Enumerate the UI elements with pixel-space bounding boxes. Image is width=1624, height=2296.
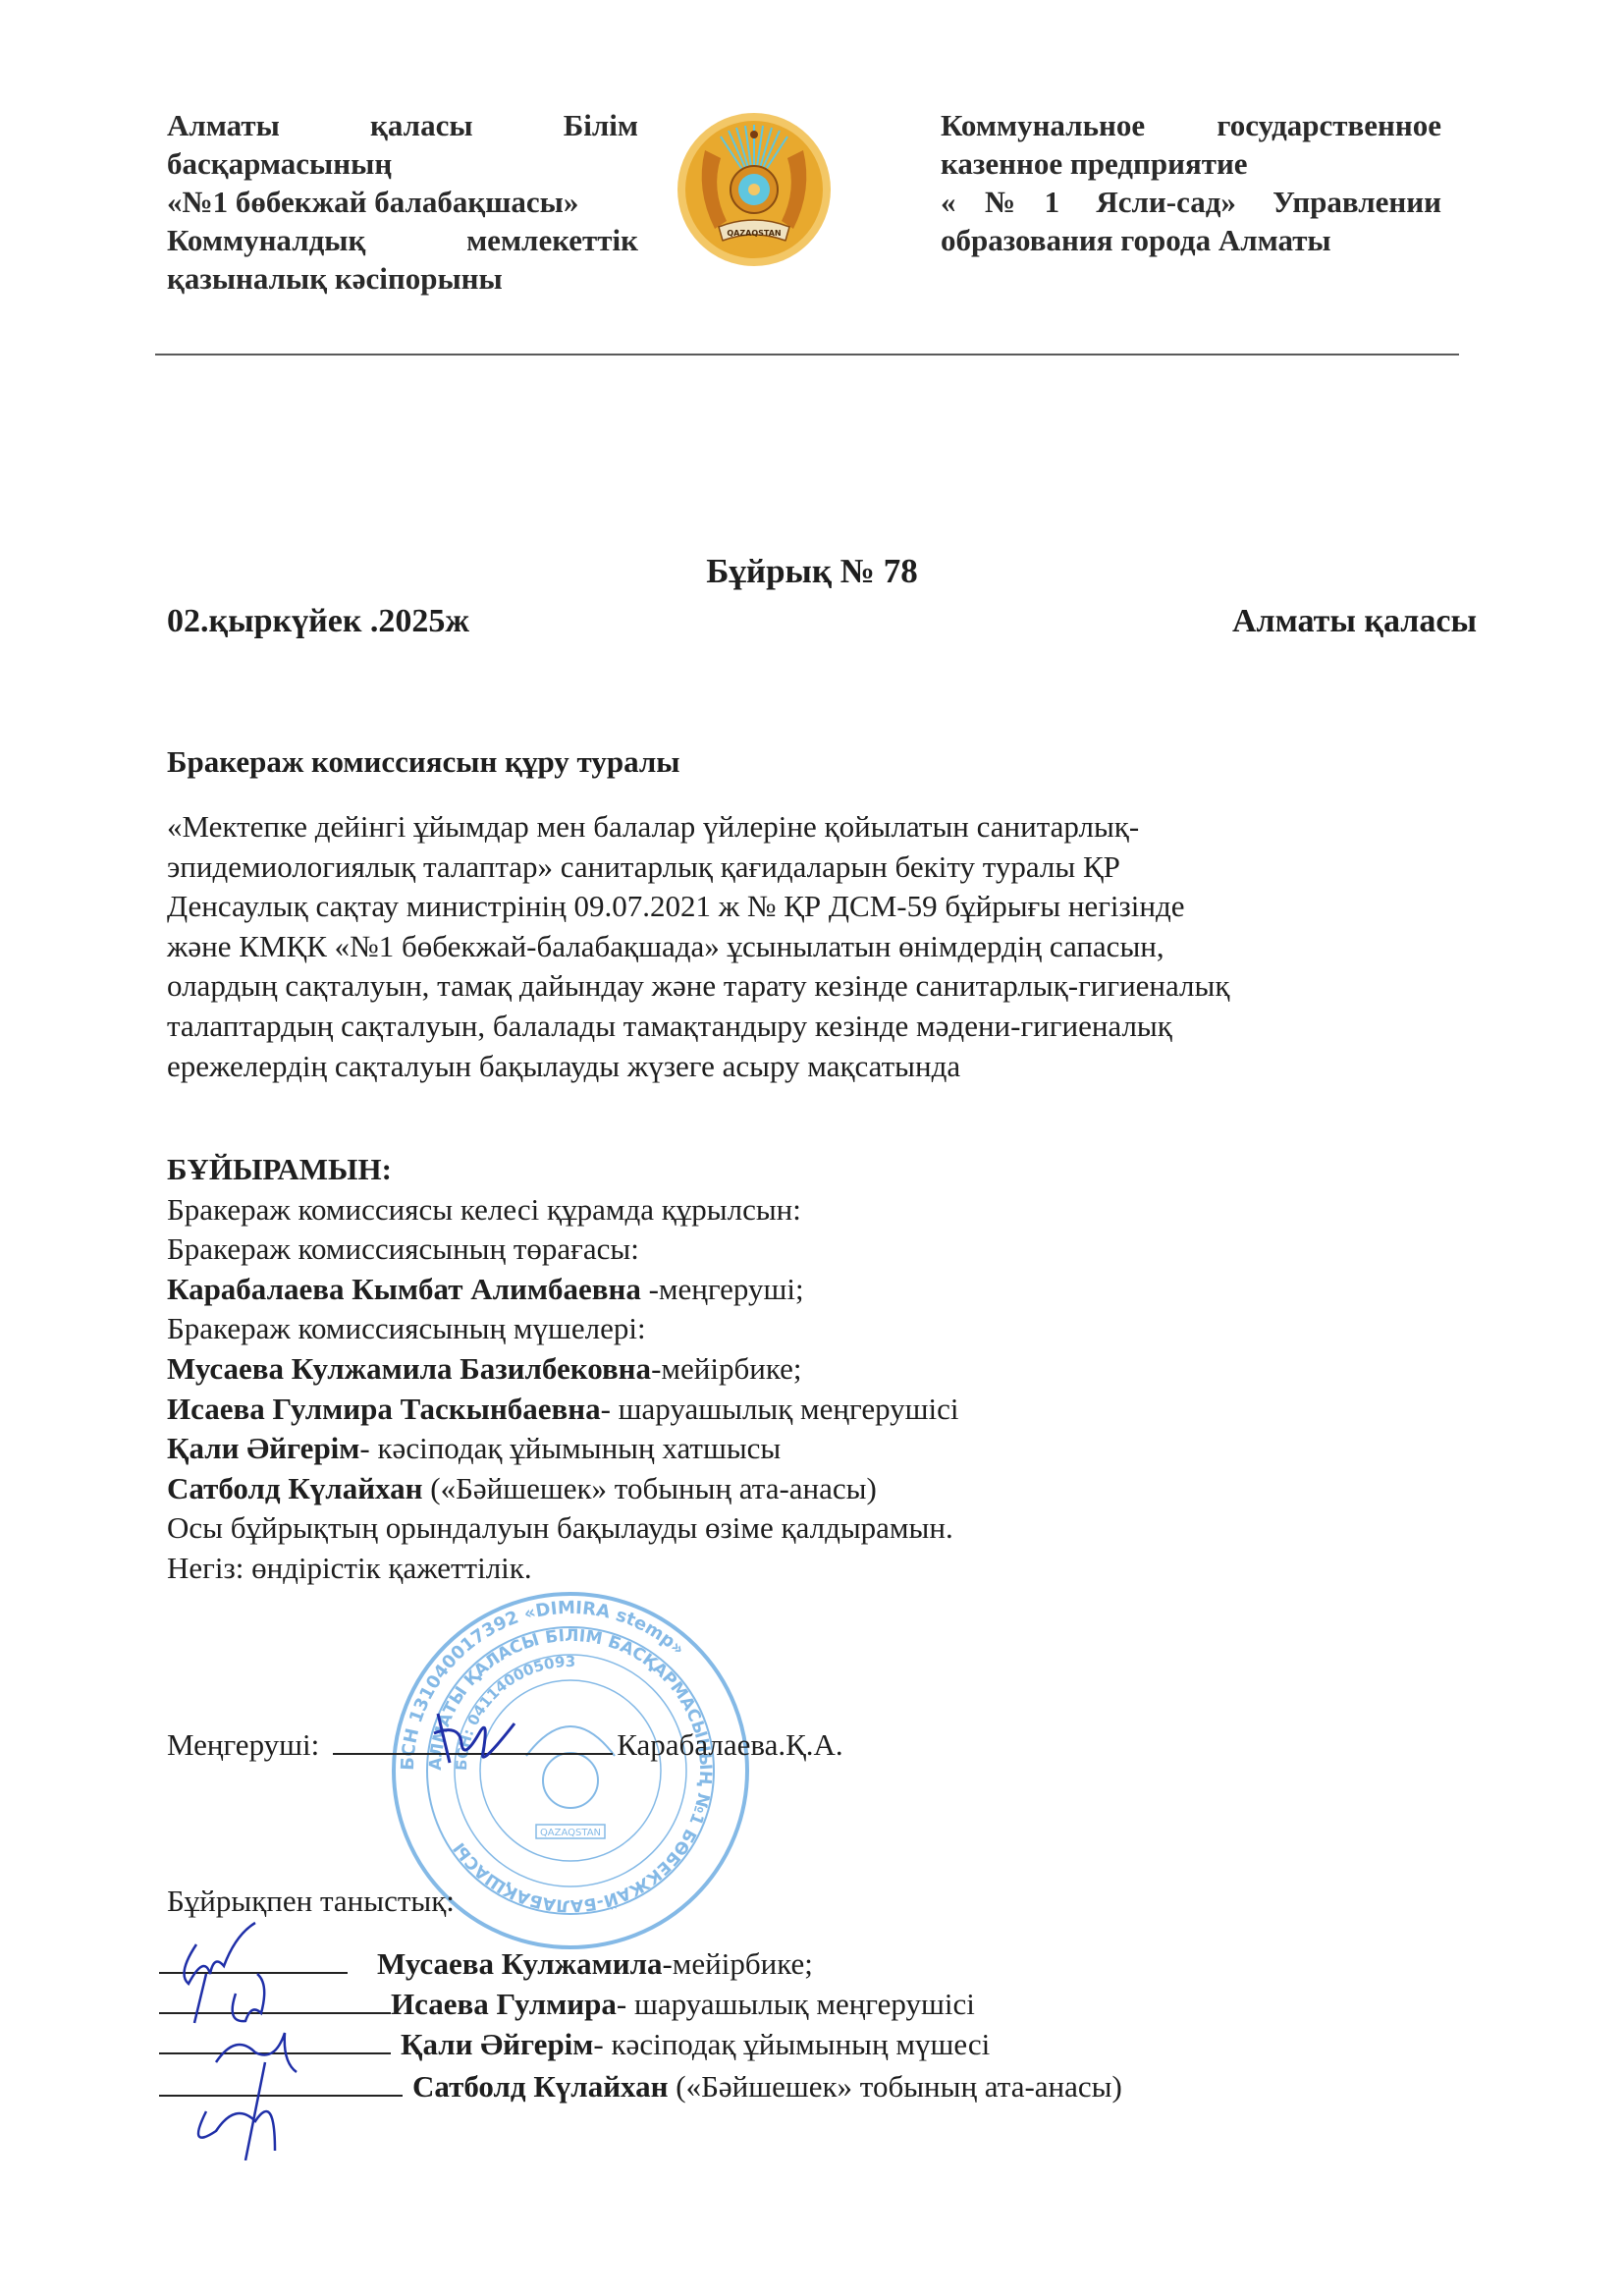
preamble-line: және КМҚК «№1 бөбекжай-балабақшада» ұсын… [167,927,1473,967]
chair-label: Бракераж комиссиясының төрағасы: [167,1230,1473,1270]
person-role: - кәсіподақ ұйымының хатшысы [359,1431,781,1465]
state-emblem-icon: QAZAQSTAN [676,111,833,268]
person-role: - шаруашылық меңгерушісі [617,1987,975,2021]
header-separator [155,354,1459,355]
member-entry: Қали Әйгерім- кәсіподақ ұйымының хатшысы [167,1429,1473,1469]
header-left-line: қазыналық кәсіпорыны [167,259,638,298]
person-role: - кәсіподақ ұйымының мүшесі [593,2027,990,2061]
handwritten-signature-icon [420,1704,528,1773]
preamble-line: ережелердің сақталуын бақылауды жүзеге а… [167,1047,1473,1087]
header-right-line: Коммунальное государственное [941,106,1441,144]
decree-line: Бракераж комиссиясы келесі құрамда құрыл… [167,1190,1473,1230]
person-name: Қали Әйгерім [167,1431,359,1465]
order-date: 02.қыркүйек .2025ж [167,603,469,640]
svg-text:QAZAQSTAN: QAZAQSTAN [540,1828,601,1838]
person-name: Исаева Гулмира [391,1987,617,2021]
preamble: «Мектепке дейінгі ұйымдар мен балалар үй… [167,807,1473,1086]
person-role: -мейірбике; [651,1351,801,1386]
control-clause: Осы бұйрықтың орындалуын бақылауды өзіме… [167,1508,1473,1549]
person-role: -мейірбике; [662,1946,812,1981]
member-entry: Исаева Гулмира Таскынбаевна- шаруашылық … [167,1390,1473,1430]
person-role: («Бәйшешек» тобының ата-анасы) [423,1471,877,1505]
person-role: («Бәйшешек» тобының ата-анасы) [669,2069,1122,2104]
person-name: Сатболд Күлайхан [167,1471,423,1505]
header-left-line: «№1 бөбекжай балабақшасы» [167,183,638,221]
members-label: Бракераж комиссиясының мүшелері: [167,1309,1473,1349]
preamble-line: эпидемиологиялық талаптар» санитарлық қа… [167,847,1473,888]
signer-name: Карабалаева.Қ.А. [617,1727,842,1762]
svg-text:QAZAQSTAN: QAZAQSTAN [727,229,781,238]
header-org-russian: Коммунальное государственное казенное пр… [941,106,1441,259]
decree-section: БҰЙЫРАМЫН: Бракераж комиссиясы келесі құ… [167,1150,1473,1589]
order-subject: Бракераж комиссиясын құру туралы [167,744,680,780]
preamble-line: олардың сақталуын, тамақ дайындау және т… [167,966,1473,1007]
person-name: Мусаева Кулжамила Базилбековна [167,1351,651,1386]
person-name: Сатболд Күлайхан [412,2069,669,2104]
header-left-line: Коммуналдық мемлекеттік [167,221,638,259]
header-right-line: казенное предприятие [941,144,1441,183]
person-name: Қали Әйгерім [401,2027,593,2061]
person-name: Карабалаева Кымбат Алимбаевна [167,1272,641,1306]
header-left-line: басқармасының [167,144,638,183]
handwritten-signatures-icon [167,1915,344,2160]
header-org-kazakh: Алматы қаласы Білім басқармасының «№1 бө… [167,106,638,298]
person-name: Мусаева Кулжамила [377,1946,662,1981]
member-entry: Сатболд Күлайхан («Бәйшешек» тобының ата… [167,1469,1473,1509]
preamble-line: талаптардың сақталуын, балалады тамақтан… [167,1007,1473,1047]
preamble-line: «Мектепке дейінгі ұйымдар мен балалар үй… [167,807,1473,847]
basis-clause: Негіз: өндірістік қажеттілік. [167,1549,1473,1589]
person-name: Исаева Гулмира Таскынбаевна [167,1392,601,1426]
order-city: Алматы қаласы [1232,603,1477,640]
order-title: Бұйрық № 78 [0,552,1624,591]
header-left-line: Алматы қаласы Білім [167,106,638,144]
header-right-line: образования города Алматы [941,221,1441,259]
person-role: -меңгеруші; [641,1272,804,1306]
member-entry: Мусаева Кулжамила Базилбековна-мейірбике… [167,1349,1473,1390]
person-role: - шаруашылық меңгерушісі [601,1392,959,1426]
signature-label: Меңгеруші: [167,1727,319,1762]
preamble-line: Денсаулық сақтау министрінің 09.07.2021 … [167,887,1473,927]
chair-entry: Карабалаева Кымбат Алимбаевна -меңгеруші… [167,1270,1473,1310]
header-right-line: «№1 Ясли-сад» Управлении [941,183,1441,221]
acknowledgement-label: Бұйрықпен таныстық: [167,1884,455,1919]
decree-heading: БҰЙЫРАМЫН: [167,1152,392,1186]
